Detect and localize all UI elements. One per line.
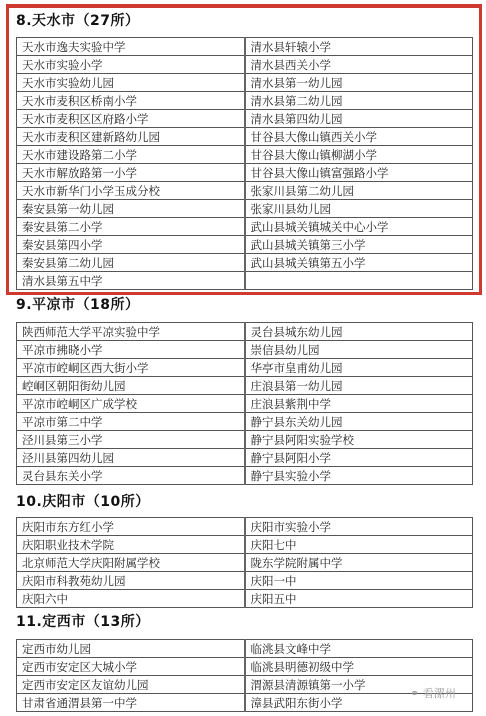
table-row: 平凉市拂晓小学崇信县幼儿园 <box>17 341 473 359</box>
school-cell-right: 庄浪县紫荆中学 <box>245 395 473 413</box>
school-cell-right: 清水县第四幼儿园 <box>245 110 473 128</box>
school-table: 陕西师范大学平凉实验中学灵台县城东幼儿园平凉市拂晓小学崇信县幼儿园平凉市崆峒区西… <box>16 322 473 485</box>
table-row: 定西市安定区大城小学临洮县明德初级中学 <box>17 658 473 676</box>
school-cell-left: 天水市麦积区建新路幼儿园 <box>17 128 245 146</box>
table-row: 平凉市崆峒区西大街小学华亭市皇甫幼儿园 <box>17 359 473 377</box>
table-row: 天水市解放路第一小学甘谷县大像山镇富强路小学 <box>17 164 473 182</box>
section-qingyang: 10.庆阳市（10所） 庆阳市东方红小学庆阳市实验小学庆阳职业技术学院庆阳七中北… <box>16 491 473 608</box>
school-cell-left: 庆阳六中 <box>17 590 245 608</box>
school-cell-left: 秦安县第四小学 <box>17 236 245 254</box>
table-row: 北京师范大学庆阳附属学校陇东学院附属中学 <box>17 554 473 572</box>
school-cell-right: 华亭市皇甫幼儿园 <box>245 359 473 377</box>
school-cell-left: 天水市实验小学 <box>17 56 245 74</box>
school-cell-right <box>245 272 473 290</box>
school-cell-left: 平凉市崆峒区西大街小学 <box>17 359 245 377</box>
school-cell-left: 天水市建设路第二小学 <box>17 146 245 164</box>
school-cell-left: 定西市安定区大城小学 <box>17 658 245 676</box>
table-row: 天水市麦积区区府路小学清水县第四幼儿园 <box>17 110 473 128</box>
school-cell-right: 甘谷县大像山镇富强路小学 <box>245 164 473 182</box>
school-cell-left: 定西市安定区友谊幼儿园 <box>17 676 245 694</box>
school-cell-right: 崇信县幼儿园 <box>245 341 473 359</box>
table-row: 陕西师范大学平凉实验中学灵台县城东幼儿园 <box>17 323 473 341</box>
section-title: 10.庆阳市（10所） <box>16 491 473 517</box>
section-pingliang: 9.平凉市（18所） 陕西师范大学平凉实验中学灵台县城东幼儿园平凉市拂晓小学崇信… <box>16 294 473 485</box>
school-cell-left: 平凉市第二中学 <box>17 413 245 431</box>
school-cell-left: 天水市新华门小学玉成分校 <box>17 182 245 200</box>
school-table: 庆阳市东方红小学庆阳市实验小学庆阳职业技术学院庆阳七中北京师范大学庆阳附属学校陇… <box>16 517 473 608</box>
school-cell-left: 北京师范大学庆阳附属学校 <box>17 554 245 572</box>
table-row: 定西市安定区友谊幼儿园渭源县清源镇第一小学 <box>17 676 473 694</box>
school-cell-left: 陕西师范大学平凉实验中学 <box>17 323 245 341</box>
section-tianshui: 8.天水市（27所） 天水市逸夫实验中学清水县轩辕小学天水市实验小学清水县西关小… <box>16 10 473 290</box>
table-row: 泾川县第四幼儿园静宁县阿阳小学 <box>17 449 473 467</box>
table-row: 天水市实验小学清水县西关小学 <box>17 56 473 74</box>
school-cell-left: 天水市麦积区桥南小学 <box>17 92 245 110</box>
school-cell-right: 庆阳七中 <box>245 536 473 554</box>
table-row: 秦安县第四小学武山县城关镇第三小学 <box>17 236 473 254</box>
table-row: 天水市建设路第二小学甘谷县大像山镇柳湖小学 <box>17 146 473 164</box>
wechat-icon: ⚭ <box>410 687 419 700</box>
school-cell-right: 张家川县幼儿园 <box>245 200 473 218</box>
school-cell-left: 天水市麦积区区府路小学 <box>17 110 245 128</box>
table-row: 天水市麦积区建新路幼儿园甘谷县大像山镇西关小学 <box>17 128 473 146</box>
table-row: 甘肃省通渭县第一中学漳县武阳东街小学 <box>17 694 473 712</box>
table-row: 庆阳市科教苑幼儿园庆阳一中 <box>17 572 473 590</box>
school-cell-left: 庆阳市东方红小学 <box>17 518 245 536</box>
school-cell-left: 灵台县东关小学 <box>17 467 245 485</box>
school-cell-right: 武山县城关镇第五小学 <box>245 254 473 272</box>
table-row: 秦安县第二小学武山县城关镇城关中心小学 <box>17 218 473 236</box>
school-cell-right: 甘谷县大像山镇西关小学 <box>245 128 473 146</box>
school-table: 定西市幼儿园临洮县文峰中学定西市安定区大城小学临洮县明德初级中学定西市安定区友谊… <box>16 639 473 712</box>
school-cell-right: 武山县城关镇第三小学 <box>245 236 473 254</box>
school-cell-left: 秦安县第二幼儿园 <box>17 254 245 272</box>
section-title: 11.定西市（13所） <box>16 611 473 639</box>
school-cell-left: 泾川县第三小学 <box>17 431 245 449</box>
school-cell-left: 清水县第五中学 <box>17 272 245 290</box>
school-cell-right: 静宁县东关幼儿园 <box>245 413 473 431</box>
table-row: 庆阳市东方红小学庆阳市实验小学 <box>17 518 473 536</box>
school-cell-right: 陇东学院附属中学 <box>245 554 473 572</box>
school-cell-right: 灵台县城东幼儿园 <box>245 323 473 341</box>
table-row: 定西市幼儿园临洮县文峰中学 <box>17 640 473 658</box>
table-row: 泾川县第三小学静宁县阿阳实验学校 <box>17 431 473 449</box>
school-cell-right: 临洮县文峰中学 <box>245 640 473 658</box>
school-cell-left: 秦安县第二小学 <box>17 218 245 236</box>
school-cell-left: 天水市逸夫实验中学 <box>17 38 245 56</box>
table-row: 天水市新华门小学玉成分校张家川县第二幼儿园 <box>17 182 473 200</box>
table-row: 平凉市第二中学静宁县东关幼儿园 <box>17 413 473 431</box>
school-cell-left: 庆阳职业技术学院 <box>17 536 245 554</box>
school-cell-right: 庆阳五中 <box>245 590 473 608</box>
school-cell-left: 平凉市崆峒区广成学校 <box>17 395 245 413</box>
school-cell-left: 平凉市拂晓小学 <box>17 341 245 359</box>
table-row: 庆阳职业技术学院庆阳七中 <box>17 536 473 554</box>
school-cell-left: 天水市实验幼儿园 <box>17 74 245 92</box>
table-row: 平凉市崆峒区广成学校庄浪县紫荆中学 <box>17 395 473 413</box>
table-row: 天水市麦积区桥南小学清水县第二幼儿园 <box>17 92 473 110</box>
school-cell-left: 甘肃省通渭县第一中学 <box>17 694 245 712</box>
school-cell-right: 清水县轩辕小学 <box>245 38 473 56</box>
school-cell-left: 天水市解放路第一小学 <box>17 164 245 182</box>
table-row: 庆阳六中庆阳五中 <box>17 590 473 608</box>
school-cell-right: 清水县第二幼儿园 <box>245 92 473 110</box>
school-cell-left: 崆峒区朝阳街幼儿园 <box>17 377 245 395</box>
table-row: 崆峒区朝阳街幼儿园庄浪县第一幼儿园 <box>17 377 473 395</box>
table-row: 天水市逸夫实验中学清水县轩辕小学 <box>17 38 473 56</box>
school-cell-right: 清水县西关小学 <box>245 56 473 74</box>
watermark-text: 看漯州 <box>423 687 456 700</box>
school-cell-right: 清水县第一幼儿园 <box>245 74 473 92</box>
section-title: 9.平凉市（18所） <box>16 294 473 322</box>
school-table: 天水市逸夫实验中学清水县轩辕小学天水市实验小学清水县西关小学天水市实验幼儿园清水… <box>16 37 473 290</box>
school-cell-right: 甘谷县大像山镇柳湖小学 <box>245 146 473 164</box>
table-row: 天水市实验幼儿园清水县第一幼儿园 <box>17 74 473 92</box>
school-cell-left: 秦安县第一幼儿园 <box>17 200 245 218</box>
school-cell-right: 庆阳市实验小学 <box>245 518 473 536</box>
table-row: 秦安县第一幼儿园张家川县幼儿园 <box>17 200 473 218</box>
school-cell-right: 武山县城关镇城关中心小学 <box>245 218 473 236</box>
school-cell-right: 静宁县阿阳小学 <box>245 449 473 467</box>
section-title: 8.天水市（27所） <box>16 10 473 37</box>
table-row: 清水县第五中学 <box>17 272 473 290</box>
school-cell-right: 临洮县明德初级中学 <box>245 658 473 676</box>
school-cell-left: 定西市幼儿园 <box>17 640 245 658</box>
school-cell-right: 张家川县第二幼儿园 <box>245 182 473 200</box>
watermark: ⚭ 看漯州 <box>410 685 456 701</box>
table-row: 灵台县东关小学静宁县实验小学 <box>17 467 473 485</box>
school-cell-left: 泾川县第四幼儿园 <box>17 449 245 467</box>
table-row: 秦安县第二幼儿园武山县城关镇第五小学 <box>17 254 473 272</box>
section-dingxi: 11.定西市（13所） 定西市幼儿园临洮县文峰中学定西市安定区大城小学临洮县明德… <box>16 611 473 712</box>
school-cell-right: 静宁县实验小学 <box>245 467 473 485</box>
school-cell-left: 庆阳市科教苑幼儿园 <box>17 572 245 590</box>
school-cell-right: 静宁县阿阳实验学校 <box>245 431 473 449</box>
school-cell-right: 庄浪县第一幼儿园 <box>245 377 473 395</box>
school-cell-right: 庆阳一中 <box>245 572 473 590</box>
